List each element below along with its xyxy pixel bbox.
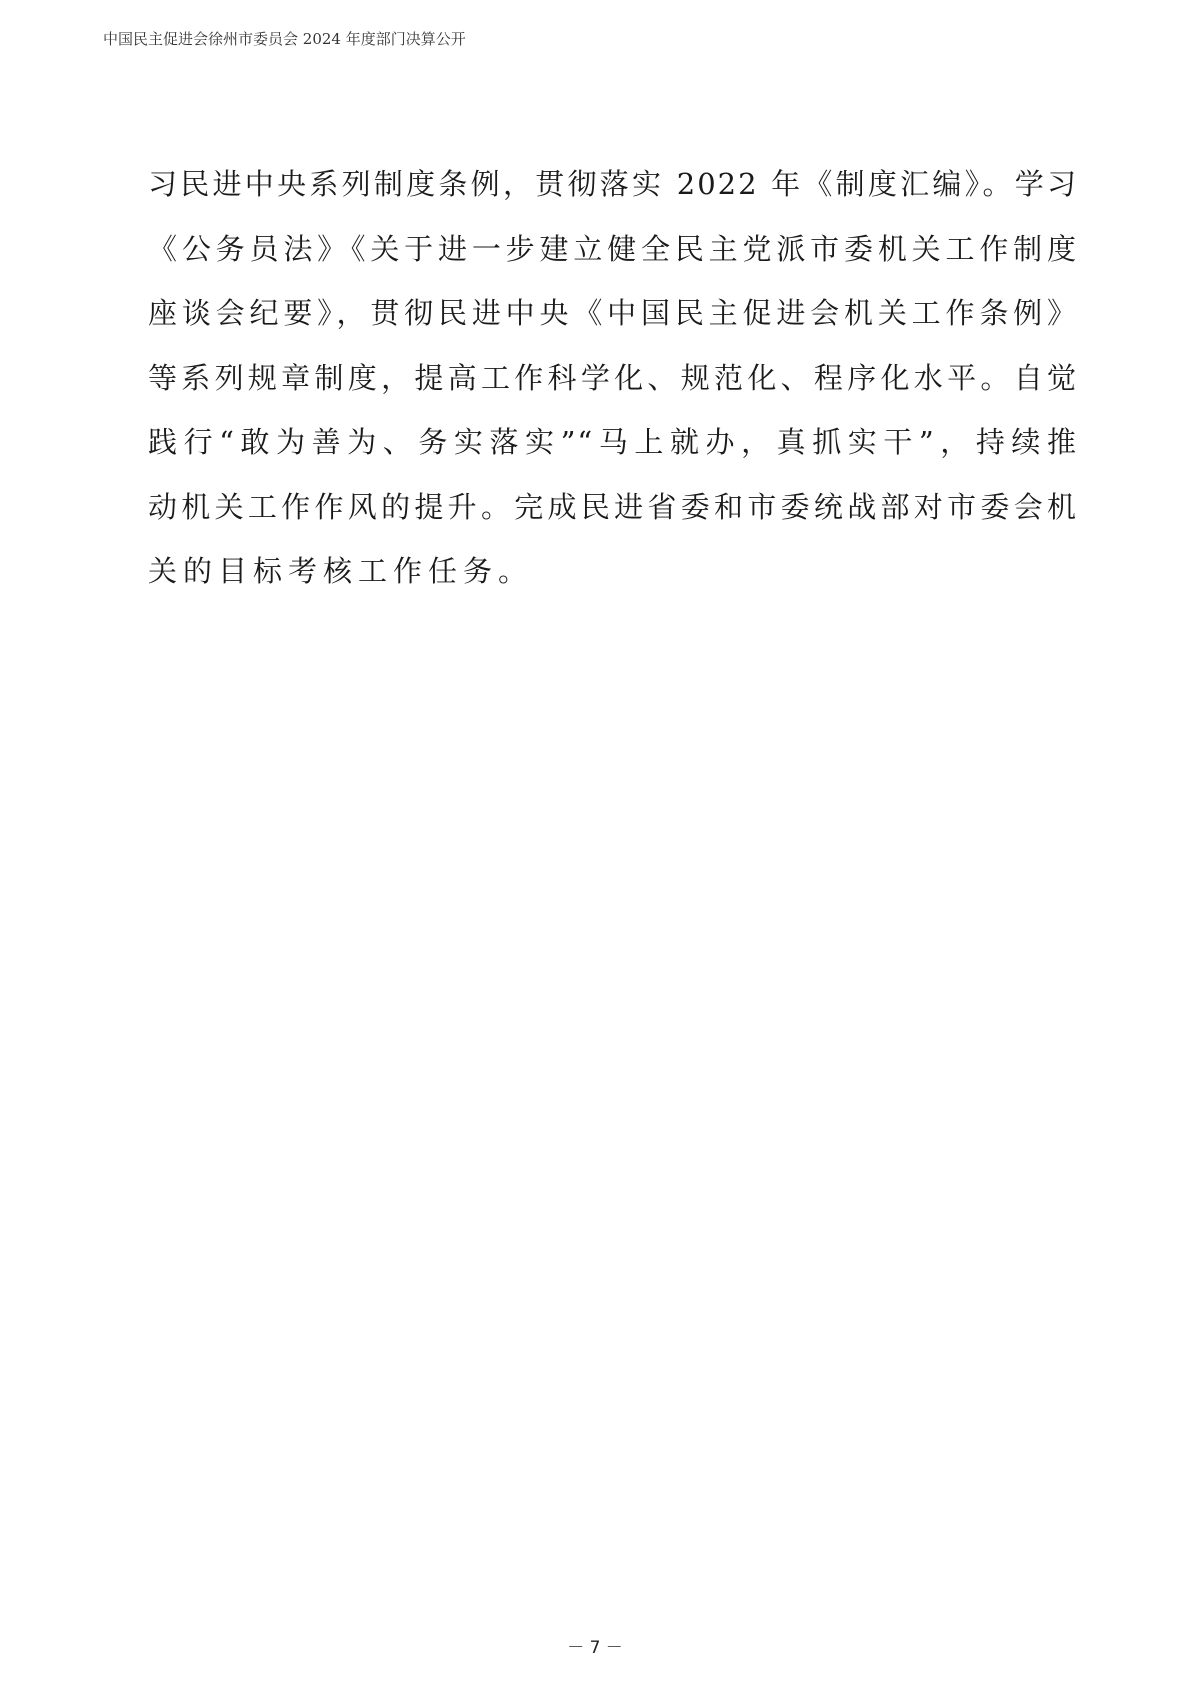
paragraph-line: 关的目标考核工作任务。 xyxy=(148,539,1078,604)
paragraph-line: 等系列规章制度，提高工作科学化、规范化、程序化水平。自觉 xyxy=(148,346,1078,411)
page-number: － 7 － xyxy=(0,1633,1190,1658)
page-header: 中国民主促进会徐州市委员会 2024 年度部门决算公开 xyxy=(103,28,466,49)
paragraph-line: 动机关工作作风的提升。完成民进省委和市委统战部对市委会机 xyxy=(148,475,1078,540)
paragraph-line: 座谈会纪要》，贯彻民进中央《中国民主促进会机关工作条例》 xyxy=(148,281,1078,346)
paragraph-line: 《公务员法》《关于进一步建立健全民主党派市委机关工作制度 xyxy=(148,217,1078,282)
body-paragraph: 习民进中央系列制度条例，贯彻落实 2022 年《制度汇编》。学习 《公务员法》《… xyxy=(148,152,1078,604)
paragraph-line: 习民进中央系列制度条例，贯彻落实 2022 年《制度汇编》。学习 xyxy=(148,152,1078,217)
paragraph-line: 践行“敢为善为、务实落实”“马上就办，真抓实干”，持续推 xyxy=(148,410,1078,475)
